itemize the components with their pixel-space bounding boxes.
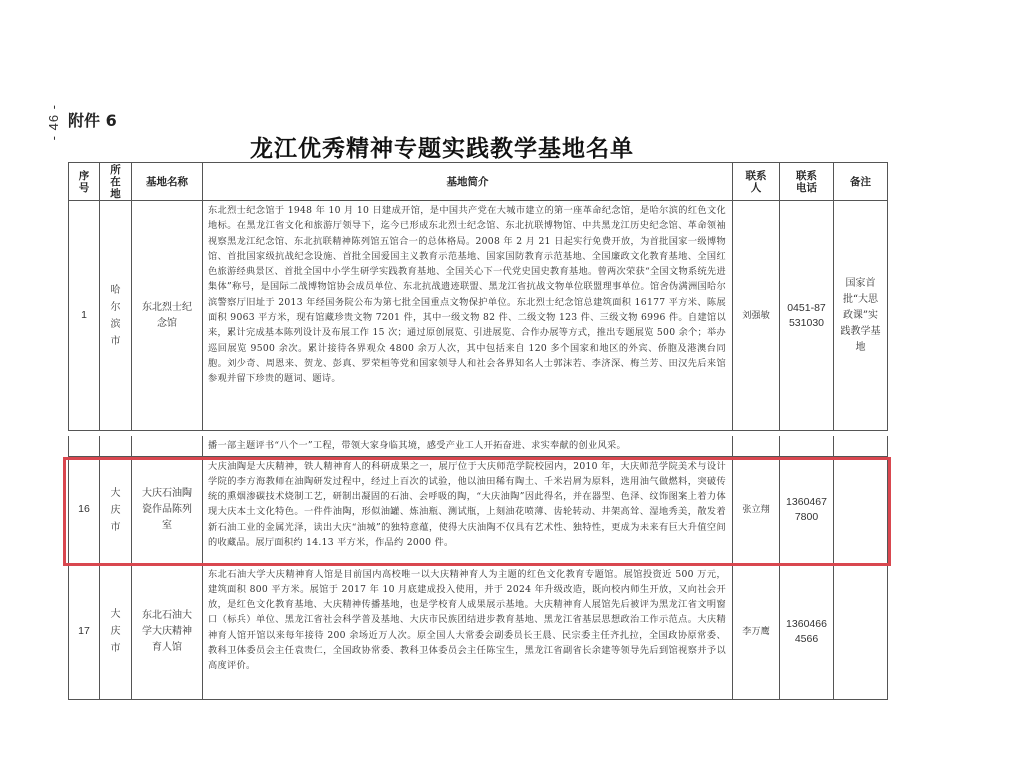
row-remark xyxy=(834,456,888,564)
row-phone-line2: 4566 xyxy=(780,632,833,647)
row-location: 哈尔滨市 xyxy=(100,201,132,431)
header-intro: 基地简介 xyxy=(203,163,733,201)
header-phone-label: 联系电话 xyxy=(796,170,817,194)
header-location-label: 所在地 xyxy=(110,164,121,200)
row-location: 大庆市 xyxy=(100,564,132,699)
row-phone-line2: 531030 xyxy=(780,316,833,331)
row-phone: 1360467 7800 xyxy=(780,456,834,564)
header-remark-label: 备注 xyxy=(850,176,871,188)
table-row-partial: 播一部主题评书“八个一”工程，带领大家身临其境，感受产业工人开拓奋进、求实奉献的… xyxy=(69,436,888,456)
row-location-text: 大庆市 xyxy=(111,485,121,536)
row-index: 1 xyxy=(69,201,100,431)
header-phone: 联系电话 xyxy=(780,163,834,201)
partial-phone xyxy=(780,436,834,456)
row-location: 大庆市 xyxy=(100,456,132,564)
partial-contact xyxy=(733,436,780,456)
partial-name xyxy=(132,436,203,456)
document-title: 龙江优秀精神专题实践教学基地名单 xyxy=(250,130,710,163)
row-intro: 东北烈士纪念馆于 1948 年 10 月 10 日建成开馆，是中国共产党在大城市… xyxy=(203,201,733,431)
row-name: 东北石油大学大庆精神育人馆 xyxy=(132,564,203,699)
row-intro: 大庆油陶是大庆精神，铁人精神育人的科研成果之一，展厅位于大庆师范学院校园内，20… xyxy=(203,456,733,564)
header-index: 序号 xyxy=(69,163,100,201)
table-row: 16 大庆市 大庆石油陶瓷作品陈列室 大庆油陶是大庆精神，铁人精神育人的科研成果… xyxy=(69,456,888,564)
header-remark: 备注 xyxy=(834,163,888,201)
header-intro-label: 基地简介 xyxy=(447,176,489,188)
header-index-label: 序号 xyxy=(79,170,90,194)
row-name: 东北烈士纪念馆 xyxy=(132,201,203,431)
table-row: 1 哈尔滨市 东北烈士纪念馆 东北烈士纪念馆于 1948 年 10 月 10 日… xyxy=(69,201,888,431)
base-list-table-top: 序号 所在地 基地名称 基地简介 联系人 联系电话 备注 1 哈尔滨市 东北烈士… xyxy=(68,162,888,431)
row-index: 17 xyxy=(69,564,100,699)
row-phone-line2: 7800 xyxy=(780,510,833,525)
row-name: 大庆石油陶瓷作品陈列室 xyxy=(132,456,203,564)
row-location-text: 大庆市 xyxy=(111,606,121,657)
row-contact: 张立翔 xyxy=(733,456,780,564)
table-row: 17 大庆市 东北石油大学大庆精神育人馆 东北石油大学大庆精神育人馆是目前国内高… xyxy=(69,564,888,699)
partial-remark xyxy=(834,436,888,456)
row-location-text: 哈尔滨市 xyxy=(111,282,121,350)
row-phone-line1: 1360467 xyxy=(780,495,833,510)
attachment-label: 附件 6 xyxy=(68,108,117,131)
row-remark: 国家首批“大思政课”实践教学基地 xyxy=(834,201,888,431)
header-location: 所在地 xyxy=(100,163,132,201)
row-contact: 刘强敏 xyxy=(733,201,780,431)
table-header-row: 序号 所在地 基地名称 基地简介 联系人 联系电话 备注 xyxy=(69,163,888,201)
page-number: - 46 - xyxy=(46,104,61,140)
row-phone-line1: 0451-87 xyxy=(780,301,833,316)
header-name-label: 基地名称 xyxy=(146,176,188,188)
row-phone: 0451-87 531030 xyxy=(780,201,834,431)
partial-index xyxy=(69,436,100,456)
row-phone-line1: 1360466 xyxy=(780,617,833,632)
row-phone: 1360466 4566 xyxy=(780,564,834,699)
row-contact: 李万鹰 xyxy=(733,564,780,699)
partial-intro: 播一部主题评书“八个一”工程，带领大家身临其境，感受产业工人开拓奋进、求实奉献的… xyxy=(203,436,733,456)
row-index: 16 xyxy=(69,456,100,564)
header-contact: 联系人 xyxy=(733,163,780,201)
header-contact-label: 联系人 xyxy=(746,170,767,194)
row-remark xyxy=(834,564,888,699)
base-list-table-bottom: 播一部主题评书“八个一”工程，带领大家身临其境，感受产业工人开拓奋进、求实奉献的… xyxy=(68,436,888,700)
partial-location xyxy=(100,436,132,456)
header-name: 基地名称 xyxy=(132,163,203,201)
row-intro: 东北石油大学大庆精神育人馆是目前国内高校唯一以大庆精神育人为主题的红色文化教育专… xyxy=(203,564,733,699)
